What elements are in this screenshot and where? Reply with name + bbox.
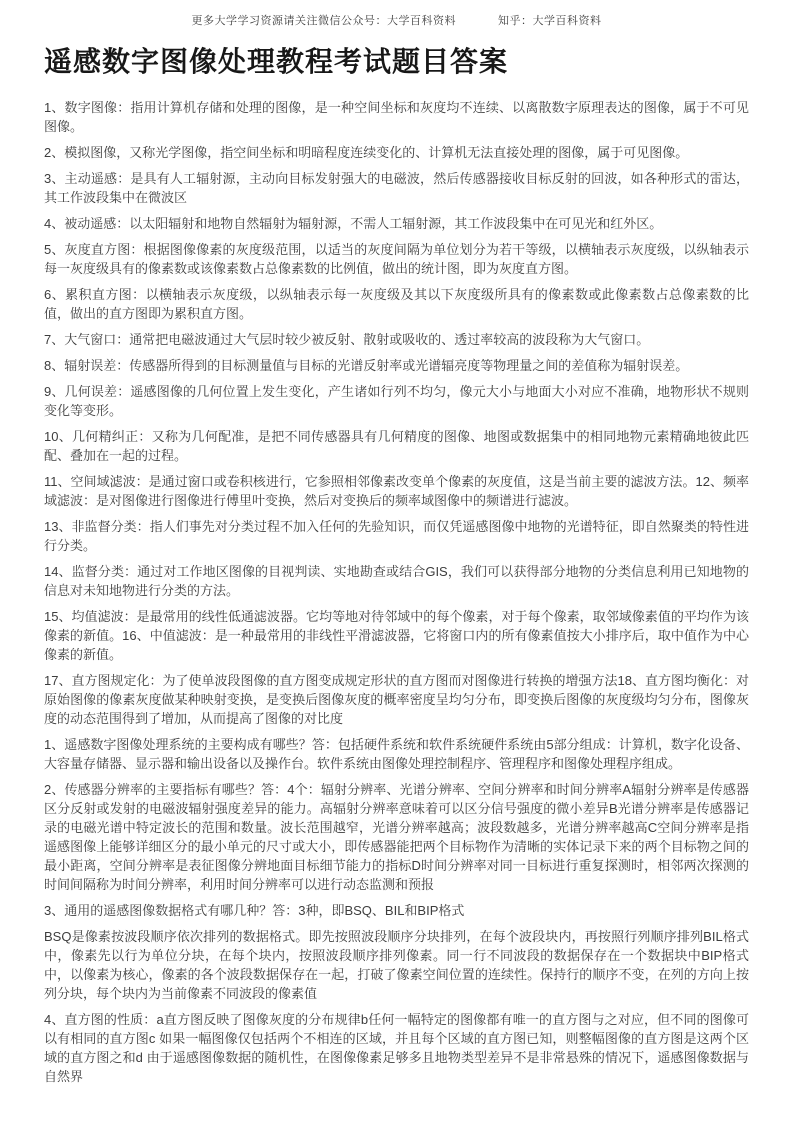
page-title: 遥感数字图像处理教程考试题目答案 bbox=[44, 44, 749, 80]
document-page: 更多大学学习资源请关注微信公众号：大学百科资料 知乎：大学百科资料 遥感数字图像… bbox=[0, 0, 793, 1122]
paragraph: 1、数字图像：指用计算机存储和处理的图像，是一种空间坐标和灰度均不连续、以离散数… bbox=[44, 98, 749, 136]
paragraph: 4、被动遥感：以太阳辐射和地物自然辐射为辐射源，不需人工辐射源，其工作波段集中在… bbox=[44, 214, 749, 233]
header-note-left: 更多大学学习资源请关注微信公众号：大学百科资料 bbox=[192, 12, 457, 28]
paragraph: 11、空间域滤波：是通过窗口或卷积核进行，它参照相邻像素改变单个像素的灰度值，这… bbox=[44, 472, 749, 510]
paragraph: 3、主动遥感：是具有人工辐射源，主动向目标发射强大的电磁波，然后传感器接收目标反… bbox=[44, 169, 749, 207]
paragraph: 2、模拟图像，又称光学图像，指空间坐标和明暗程度连续变化的、计算机无法直接处理的… bbox=[44, 143, 749, 162]
paragraph: 2、传感器分辨率的主要指标有哪些？答：4个：辐射分辨率、光谱分辨率、空间分辨率和… bbox=[44, 780, 749, 894]
paragraph: 6、累积直方图：以横轴表示灰度级，以纵轴表示每一灰度级及其以下灰度级所具有的像素… bbox=[44, 285, 749, 323]
header-note: 更多大学学习资源请关注微信公众号：大学百科资料 知乎：大学百科资料 bbox=[44, 12, 749, 28]
paragraph: 15、均值滤波：是最常用的线性低通滤波器。它均等地对待邻域中的每个像素，对于每个… bbox=[44, 607, 749, 664]
paragraph: 14、监督分类：通过对工作地区图像的目视判读、实地勘查或结合GIS，我们可以获得… bbox=[44, 562, 749, 600]
paragraph: 13、非监督分类：指人们事先对分类过程不加入任何的先验知识，而仅凭遥感图像中地物… bbox=[44, 517, 749, 555]
paragraph: 17、直方图规定化：为了使单波段图像的直方图变成规定形状的直方图而对图像进行转换… bbox=[44, 671, 749, 728]
paragraph: BSQ是像素按波段顺序依次排列的数据格式。即先按照波段顺序分块排列，在每个波段块… bbox=[44, 927, 749, 1003]
paragraph: 8、辐射误差：传感器所得到的目标测量值与目标的光谱反射率或光谱辐亮度等物理量之间… bbox=[44, 356, 749, 375]
paragraph: 9、几何误差：遥感图像的几何位置上发生变化，产生诸如行列不均匀，像元大小与地面大… bbox=[44, 382, 749, 420]
header-note-right: 知乎：大学百科资料 bbox=[498, 12, 602, 28]
paragraph: 5、灰度直方图：根据图像像素的灰度级范围，以适当的灰度间隔为单位划分为若干等级，… bbox=[44, 240, 749, 278]
paragraph: 4、直方图的性质：a直方图反映了图像灰度的分布规律b任何一幅特定的图像都有唯一的… bbox=[44, 1010, 749, 1086]
paragraph: 7、大气窗口：通常把电磁波通过大气层时较少被反射、散射或吸收的、透过率较高的波段… bbox=[44, 330, 749, 349]
paragraph: 3、通用的遥感图像数据格式有哪几种？答：3种，即BSQ、BIL和BIP格式 bbox=[44, 901, 749, 920]
paragraph: 10、几何精纠正：又称为几何配准，是把不同传感器具有几何精度的图像、地图或数据集… bbox=[44, 427, 749, 465]
paragraph-list: 1、数字图像：指用计算机存储和处理的图像，是一种空间坐标和灰度均不连续、以离散数… bbox=[44, 98, 749, 1086]
paragraph: 1、遥感数字图像处理系统的主要构成有哪些？答：包括硬件系统和软件系统硬件系统由5… bbox=[44, 735, 749, 773]
